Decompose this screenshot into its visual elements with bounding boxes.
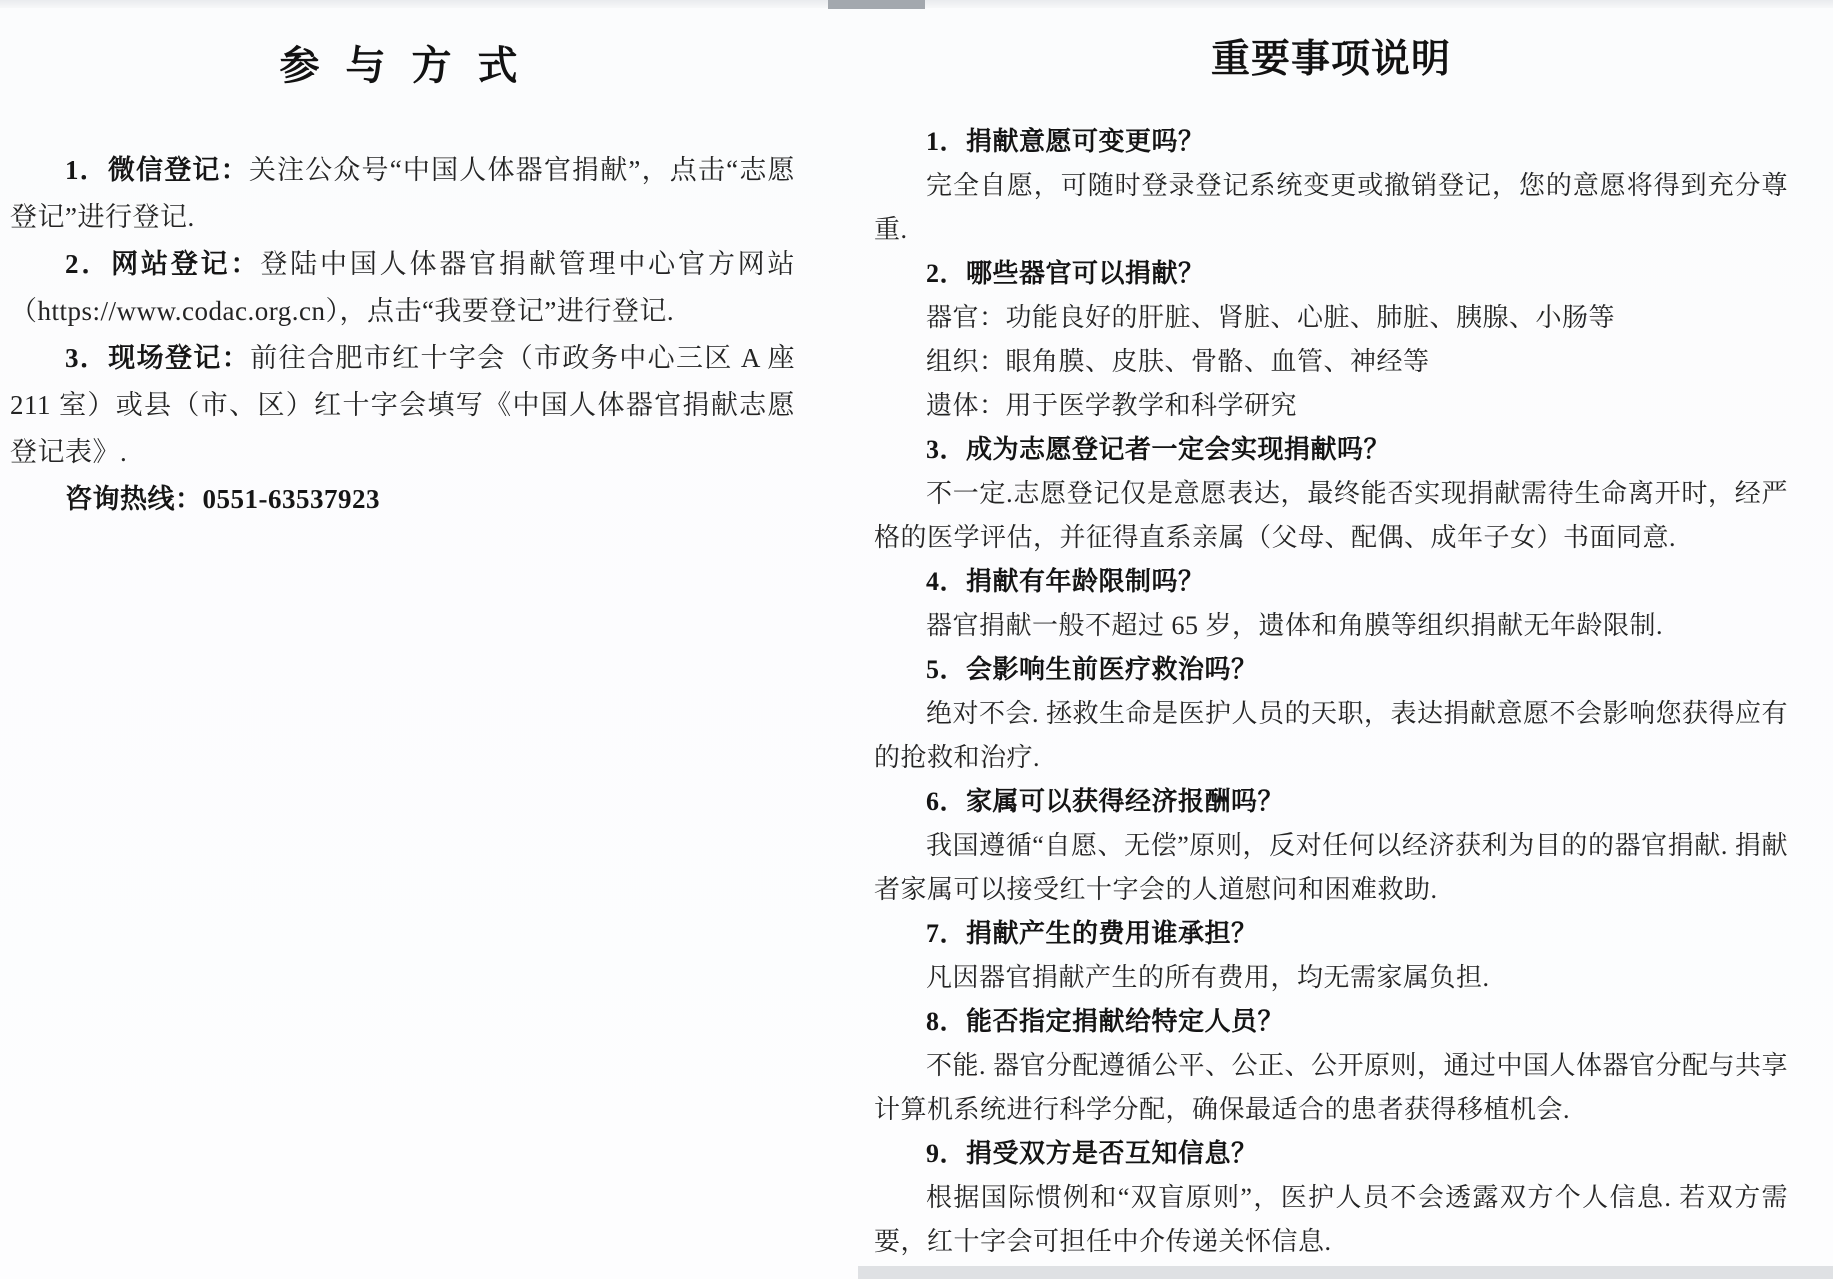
registration-item-website: 2．网站登记：登陆中国人体器官捐献管理中心官方网站（https://www.co… <box>10 241 795 335</box>
question: 7．捐献产生的费用谁承担？ <box>874 912 1788 956</box>
answer: 不一定.志愿登记仅是意愿表达，最终能否实现捐献需待生命离开时，经严格的医学评估，… <box>874 472 1788 560</box>
question: 9．捐受双方是否互知信息？ <box>874 1132 1788 1176</box>
question: 6．家属可以获得经济报酬吗？ <box>874 780 1788 824</box>
bottom-edge-strip <box>858 1266 1833 1279</box>
answer: 我国遵循“自愿、无偿”原则，反对任何以经济获利为目的的器官捐献. 捐献者家属可以… <box>874 824 1788 912</box>
answer: 完全自愿，可随时登录登记系统变更或撤销登记，您的意愿将得到充分尊重. <box>874 164 1788 252</box>
answer: 根据国际惯例和“双盲原则”，医护人员不会透露双方个人信息. 若双方需要，红十字会… <box>874 1176 1788 1264</box>
left-page-title: 参 与 方 式 <box>10 34 795 91</box>
item-lead: 1．微信登记： <box>65 155 249 185</box>
answer: 不能. 器官分配遵循公平、公正、公开原则，通过中国人体器官分配与共享计算机系统进… <box>874 1044 1788 1132</box>
right-page-title: 重要事项说明 <box>874 28 1788 84</box>
page-right: 重要事项说明 1．捐献意愿可变更吗？ 完全自愿，可随时登录登记系统变更或撤销登记… <box>874 8 1788 1264</box>
page-left: 参 与 方 式 1．微信登记：关注公众号“中国人体器官捐献”，点击“志愿登记”进… <box>0 8 835 523</box>
question: 2．哪些器官可以捐献？ <box>874 252 1788 296</box>
qa-item-8: 8．能否指定捐献给特定人员？ 不能. 器官分配遵循公平、公正、公开原则，通过中国… <box>874 1000 1788 1132</box>
qa-item-1: 1．捐献意愿可变更吗？ 完全自愿，可随时登录登记系统变更或撤销登记，您的意愿将得… <box>874 120 1788 252</box>
answer: 遗体：用于医学教学和科学研究 <box>874 384 1788 428</box>
qa-item-6: 6．家属可以获得经济报酬吗？ 我国遵循“自愿、无偿”原则，反对任何以经济获利为目… <box>874 780 1788 912</box>
item-lead: 3．现场登记： <box>65 343 250 373</box>
answer: 凡因器官捐献产生的所有费用，均无需家属负担. <box>874 956 1788 1000</box>
qa-item-5: 5．会影响生前医疗救治吗？ 绝对不会. 拯救生命是医护人员的天职，表达捐献意愿不… <box>874 648 1788 780</box>
item-lead: 2．网站登记： <box>65 249 260 279</box>
question: 1．捐献意愿可变更吗？ <box>874 120 1788 164</box>
registration-item-onsite: 3．现场登记：前往合肥市红十字会（市政务中心三区 A 座 211 室）或县（市、… <box>10 335 795 476</box>
qa-item-9: 9．捐受双方是否互知信息？ 根据国际惯例和“双盲原则”，医护人员不会透露双方个人… <box>874 1132 1788 1264</box>
qa-item-2: 2．哪些器官可以捐献？ 器官：功能良好的肝脏、肾脏、心脏、肺脏、胰腺、小肠等 组… <box>874 252 1788 428</box>
answer: 器官：功能良好的肝脏、肾脏、心脏、肺脏、胰腺、小肠等 <box>874 296 1788 340</box>
question: 5．会影响生前医疗救治吗？ <box>874 648 1788 692</box>
question: 3．成为志愿登记者一定会实现捐献吗？ <box>874 428 1788 472</box>
qa-item-4: 4．捐献有年龄限制吗？ 器官捐献一般不超过 65 岁，遗体和角膜等组织捐献无年龄… <box>874 560 1788 648</box>
question: 4．捐献有年龄限制吗？ <box>874 560 1788 604</box>
registration-item-wechat: 1．微信登记：关注公众号“中国人体器官捐献”，点击“志愿登记”进行登记. <box>10 147 795 241</box>
hotline: 咨询热线：0551-63537923 <box>10 476 795 523</box>
answer: 组织：眼角膜、皮肤、骨骼、血管、神经等 <box>874 340 1788 384</box>
question: 8．能否指定捐献给特定人员？ <box>874 1000 1788 1044</box>
qa-item-3: 3．成为志愿登记者一定会实现捐献吗？ 不一定.志愿登记仅是意愿表达，最终能否实现… <box>874 428 1788 560</box>
answer: 绝对不会. 拯救生命是医护人员的天职，表达捐献意愿不会影响您获得应有的抢救和治疗… <box>874 692 1788 780</box>
qa-item-7: 7．捐献产生的费用谁承担？ 凡因器官捐献产生的所有费用，均无需家属负担. <box>874 912 1788 1000</box>
answer: 器官捐献一般不超过 65 岁，遗体和角膜等组织捐献无年龄限制. <box>874 604 1788 648</box>
